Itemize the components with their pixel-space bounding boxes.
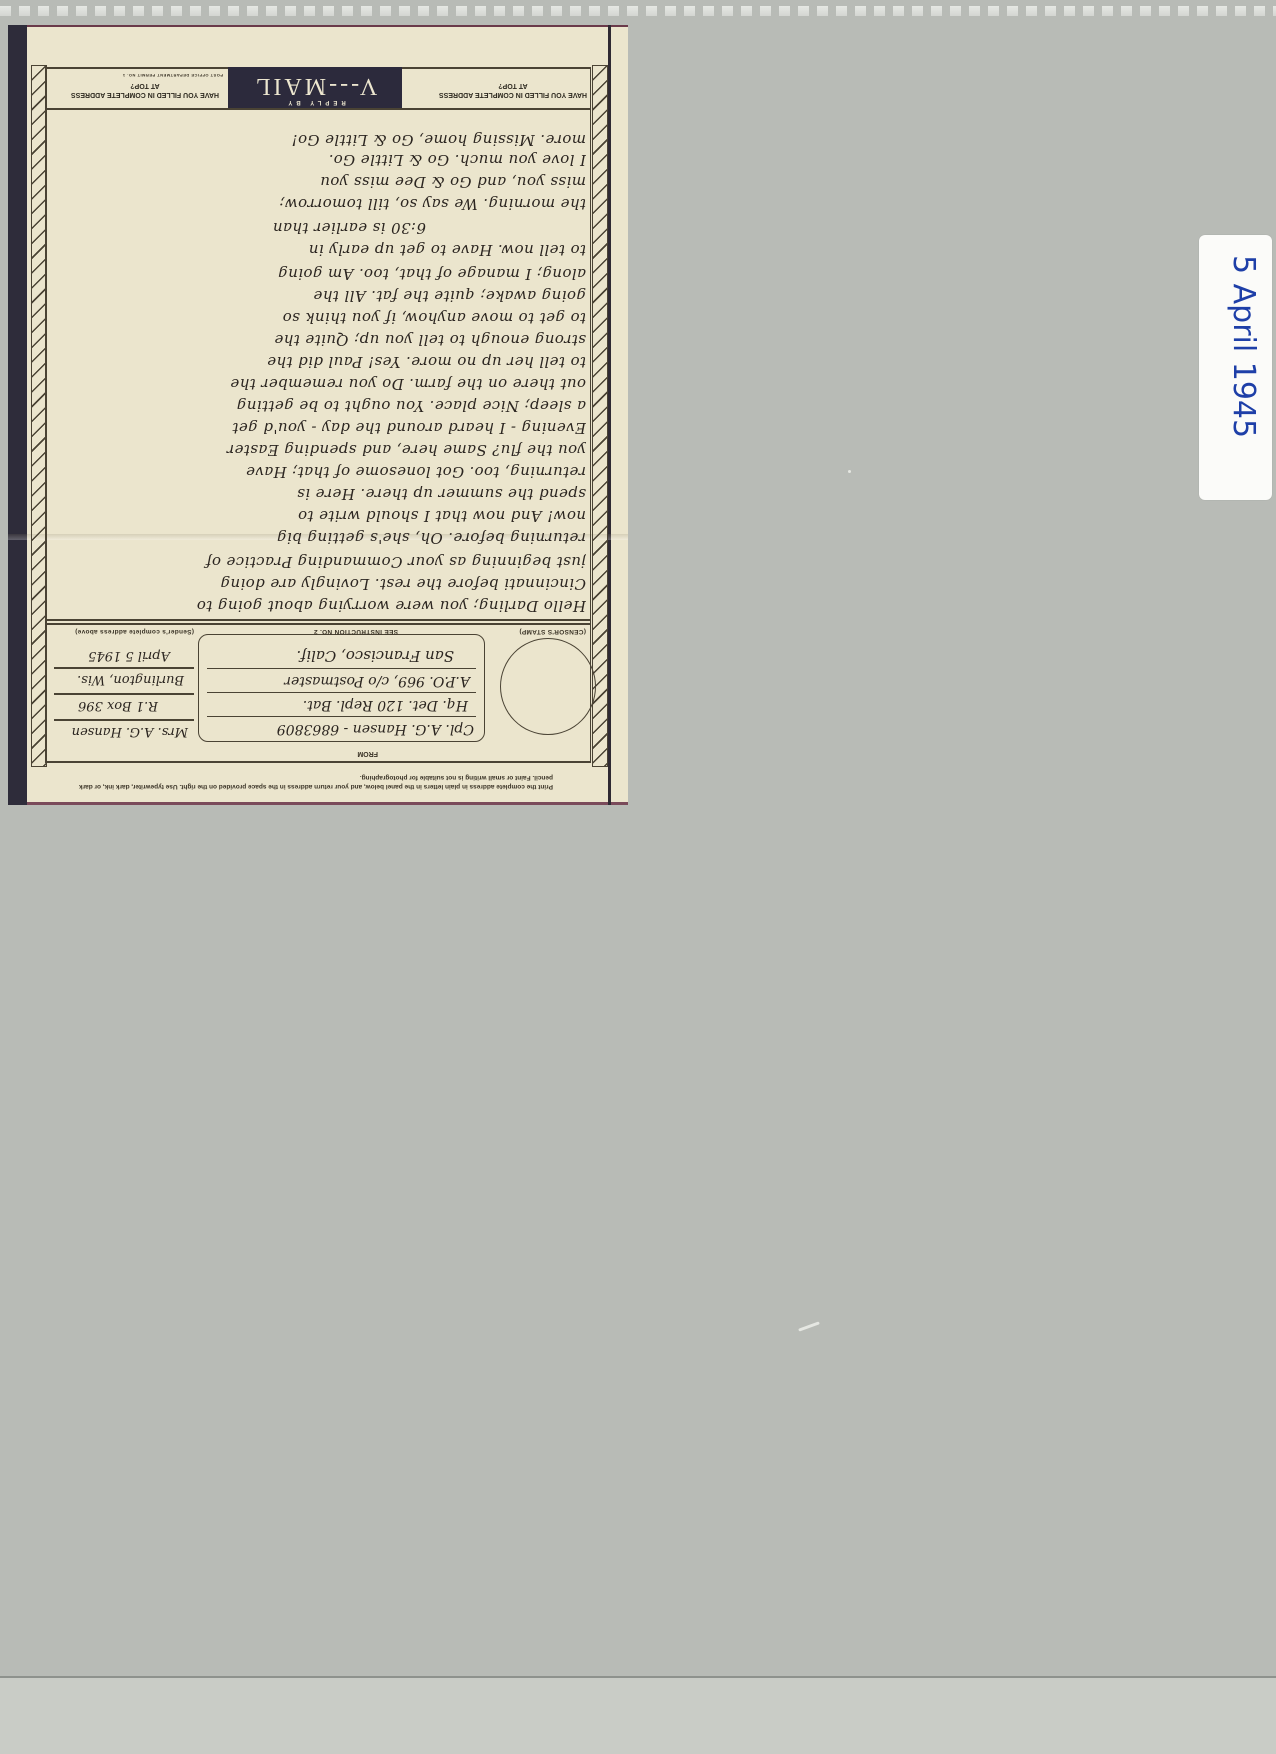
dust-speck	[798, 1321, 820, 1331]
archive-date-text: 5 April 1945	[1221, 255, 1261, 485]
rule	[45, 109, 591, 111]
sender-line-3: Burlington, Wis.	[77, 672, 184, 687]
address-reminder-left: HAVE YOU FILLED IN COMPLETE ADDRESS AT T…	[438, 81, 588, 99]
censor-stamp-label: (CENSOR'S STAMP)	[519, 628, 586, 635]
from-label: FROM	[357, 750, 378, 757]
address-rule	[207, 692, 476, 693]
rule	[45, 620, 591, 622]
recipient-line-1: Cpl. A.G. Hansen - 6863809	[277, 721, 474, 737]
address-reminder-right: HAVE YOU FILLED IN COMPLETE ADDRESS AT T…	[70, 81, 220, 99]
vmail-logo-text: V---MAIL	[228, 73, 402, 99]
sender-address-note: (Sender's complete address above)	[75, 628, 194, 635]
letter-line: along; I manage of that, too. Am going	[51, 255, 586, 283]
paper-edge	[8, 802, 628, 805]
edge-rule	[608, 25, 611, 805]
vmail-letter-sheet: Print the complete address in plain lett…	[8, 25, 628, 805]
print-instructions: Print the complete address in plain lett…	[73, 773, 553, 791]
sender-rule	[54, 668, 194, 670]
letter-line: just beginning as your Commanding Practi…	[51, 543, 586, 571]
recipient-line-4: San Francisco, Calif.	[297, 647, 455, 665]
scanner-perforation-strip	[0, 6, 1276, 16]
letter-line: 6:30 is earlier than	[51, 209, 586, 237]
hatched-border-left	[592, 65, 608, 767]
address-rule	[207, 668, 476, 669]
sender-rule	[54, 720, 194, 722]
address-rule	[207, 716, 476, 717]
censor-stamp-circle	[500, 638, 596, 735]
recipient-address-box: Cpl. A.G. Hansen - 6863809 Hq. Det. 120 …	[198, 634, 485, 742]
reply-by-text: REPLY BY	[228, 99, 402, 105]
scanner-bed-edge	[0, 1676, 1276, 1754]
sender-line-1: Mrs. A.G. Hansen	[72, 724, 188, 739]
permit-text: POST OFFICE DEPARTMENT PERMIT NO. 1	[122, 73, 223, 78]
rule	[45, 762, 591, 764]
recipient-line-2: Hq. Det. 120 Repl. Bat.	[303, 697, 468, 713]
sender-line-2: R.1 Box 396	[78, 698, 158, 713]
dust-speck	[848, 470, 851, 473]
sender-rule	[54, 694, 194, 696]
recipient-line-3: A.P.O. 969, c/o Postmaster	[284, 673, 470, 689]
vmail-banner: REPLY BY V---MAIL	[228, 67, 402, 108]
sender-line-4: April 5 1945	[88, 648, 170, 663]
dark-border-bar	[8, 25, 27, 805]
letter-line: more. Missing home, Go & Little Go!	[51, 121, 586, 149]
rule	[45, 624, 591, 626]
archive-date-label: 5 April 1945	[1199, 235, 1272, 500]
see-instruction-label: SEE INSTRUCTION NO. 2	[314, 628, 398, 635]
